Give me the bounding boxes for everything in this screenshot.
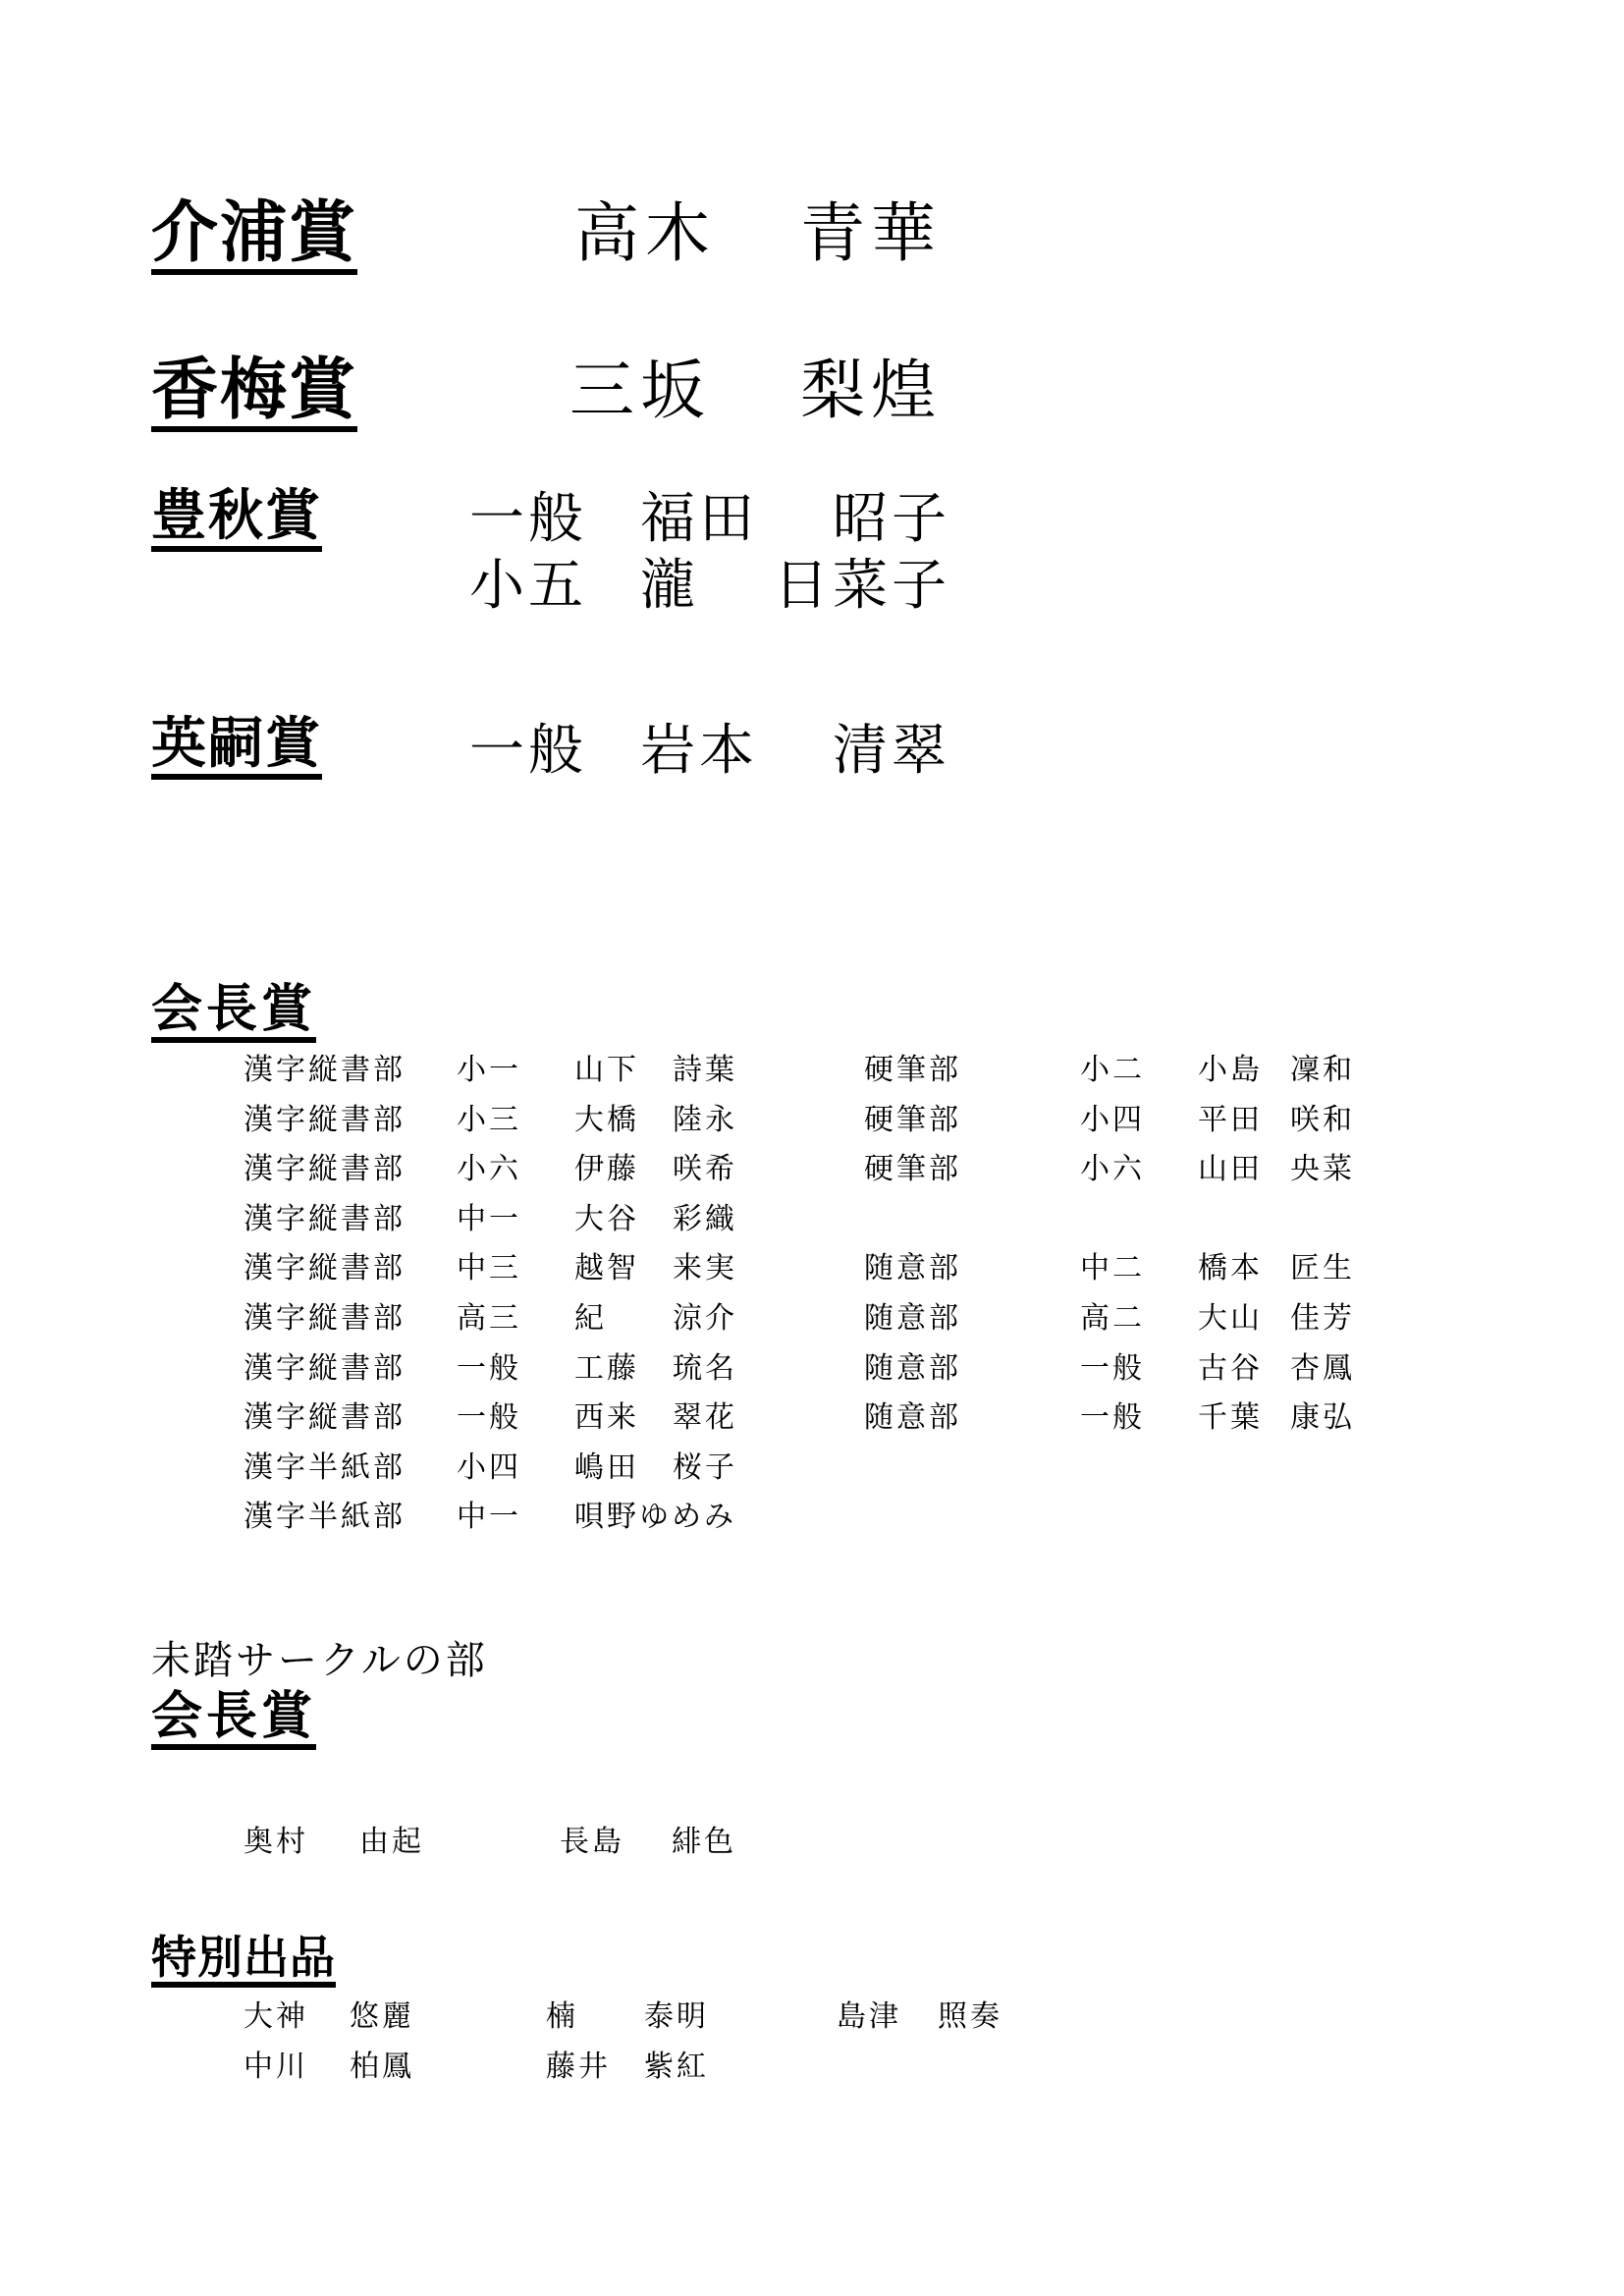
special-exhibit-title: 特別出品 <box>151 1933 336 1988</box>
entry-grade: 一般 <box>457 1351 521 1387</box>
award-title-kaiho: 介浦賞 <box>151 198 357 275</box>
entry-grade: 小五 <box>469 556 587 617</box>
entry-surname: 岩本 <box>640 721 758 782</box>
entry-surname: 山下 <box>574 1053 639 1088</box>
entry-surname: 大神 <box>244 1999 308 2035</box>
entry-surname: 楠 <box>546 1999 578 2035</box>
entry-dept: 漢字縦書部 <box>244 1251 406 1286</box>
entry-given: 柏鳳 <box>350 2050 414 2085</box>
entry-dept: 硬筆部 <box>864 1053 961 1088</box>
entry-grade: 一般 <box>469 489 587 550</box>
entry-given: 緋色 <box>672 1825 736 1860</box>
entry-given: 央菜 <box>1290 1152 1355 1187</box>
circle-section-subtitle: 未踏サークルの部 <box>151 1638 488 1683</box>
entry-dept: 随意部 <box>864 1301 961 1337</box>
entry-dept: 漢字縦書部 <box>244 1152 406 1187</box>
entry-given: 涼介 <box>673 1301 737 1337</box>
entry-surname: 大橋 <box>574 1103 639 1138</box>
entry-given: 翠花 <box>673 1400 737 1436</box>
entry-dept: 漢字半紙部 <box>244 1450 406 1486</box>
entry-given: 照奏 <box>938 1999 1002 2035</box>
entry-grade: 一般 <box>457 1400 521 1436</box>
award-title-koubai: 香梅賞 <box>151 355 357 432</box>
entry-given: 凜和 <box>1290 1053 1355 1088</box>
entry-surname: 工藤 <box>574 1351 639 1387</box>
entry-dept: 硬筆部 <box>864 1103 961 1138</box>
entry-surname: 橋本 <box>1198 1251 1263 1286</box>
entry-grade: 中一 <box>457 1202 521 1237</box>
entry-surname: 奥村 <box>244 1825 308 1860</box>
entry-grade: 中三 <box>457 1251 521 1286</box>
entry-given: 由起 <box>359 1825 424 1860</box>
award-title-houshu: 豊秋賞 <box>151 487 322 552</box>
entry-grade: 小一 <box>457 1053 521 1088</box>
entry-dept: 硬筆部 <box>864 1152 961 1187</box>
entry-dept: 漢字縦書部 <box>244 1400 406 1436</box>
entry-dept: 漢字縦書部 <box>244 1301 406 1337</box>
entry-surname: 西来 <box>574 1400 639 1436</box>
entry-grade: 一般 <box>469 721 587 782</box>
entry-surname: 古谷 <box>1198 1351 1263 1387</box>
award-title-eishi: 英嗣賞 <box>151 715 322 780</box>
entry-surname: 唄野ゆめみ <box>574 1500 736 1535</box>
entry-grade: 中一 <box>457 1500 521 1535</box>
entry-dept: 漢字縦書部 <box>244 1202 406 1237</box>
entry-surname: 山田 <box>1198 1152 1263 1187</box>
section-title-president-award: 会長賞 <box>151 982 316 1043</box>
entry-dept: 漢字縦書部 <box>244 1351 406 1387</box>
entry-given: 詩葉 <box>673 1053 737 1088</box>
entry-given: 咲和 <box>1290 1103 1355 1138</box>
entry-surname: 越智 <box>574 1251 639 1286</box>
entry-surname: 伊藤 <box>574 1152 639 1187</box>
entry-dept: 漢字縦書部 <box>244 1053 406 1088</box>
entry-surname: 島津 <box>837 1999 901 2035</box>
entry-given: 陸永 <box>673 1103 737 1138</box>
entry-given: 泰明 <box>644 1999 709 2035</box>
entry-dept: 随意部 <box>864 1400 961 1436</box>
entry-surname: 大山 <box>1198 1301 1263 1337</box>
entry-surname: 長島 <box>560 1825 624 1860</box>
entry-surname: 嶋田 <box>574 1450 639 1486</box>
entry-grade: 小四 <box>457 1450 521 1486</box>
entry-given: 杏鳳 <box>1290 1351 1355 1387</box>
entry-given: 桜子 <box>673 1450 737 1486</box>
entry-grade: 中二 <box>1080 1251 1145 1286</box>
entry-surname: 平田 <box>1198 1103 1263 1138</box>
entry-given: 紫紅 <box>644 2050 709 2085</box>
entry-dept: 随意部 <box>864 1351 961 1387</box>
entry-dept: 漢字縦書部 <box>244 1103 406 1138</box>
entry-surname: 千葉 <box>1198 1400 1263 1436</box>
entry-given: 来実 <box>673 1251 737 1286</box>
award-winner-given: 梨煌 <box>800 355 942 426</box>
entry-surname: 藤井 <box>546 2050 611 2085</box>
entry-grade: 小三 <box>457 1103 521 1138</box>
entry-grade: 一般 <box>1080 1400 1145 1436</box>
entry-given: 琉名 <box>673 1351 737 1387</box>
entry-given: 清翠 <box>833 721 950 782</box>
entry-surname: 瀧 <box>640 556 699 617</box>
entry-grade: 小四 <box>1080 1103 1145 1138</box>
entry-dept: 随意部 <box>864 1251 961 1286</box>
entry-given: 昭子 <box>833 489 950 550</box>
entry-grade: 一般 <box>1080 1351 1145 1387</box>
entry-grade: 小六 <box>457 1152 521 1187</box>
award-winner-surname: 高木 <box>574 198 716 269</box>
entry-grade: 高二 <box>1080 1301 1145 1337</box>
award-winner-given: 青華 <box>800 198 942 269</box>
entry-grade: 高三 <box>457 1301 521 1337</box>
entry-given: 悠麗 <box>350 1999 414 2035</box>
entry-given: 康弘 <box>1290 1400 1355 1436</box>
entry-given: 彩織 <box>673 1202 737 1237</box>
entry-given: 匠生 <box>1290 1251 1355 1286</box>
entry-given: 佳芳 <box>1290 1301 1355 1337</box>
entry-grade: 小六 <box>1080 1152 1145 1187</box>
circle-section-title: 会長賞 <box>151 1689 316 1750</box>
entry-given: 咲希 <box>673 1152 737 1187</box>
entry-dept: 漢字半紙部 <box>244 1500 406 1535</box>
entry-surname: 紀 <box>574 1301 607 1337</box>
entry-surname: 大谷 <box>574 1202 639 1237</box>
entry-surname: 中川 <box>244 2050 308 2085</box>
entry-surname: 小島 <box>1198 1053 1263 1088</box>
entry-given: 日菜子 <box>774 556 950 617</box>
entry-surname: 福田 <box>640 489 758 550</box>
entry-grade: 小二 <box>1080 1053 1145 1088</box>
award-winner-surname: 三坂 <box>569 355 711 426</box>
